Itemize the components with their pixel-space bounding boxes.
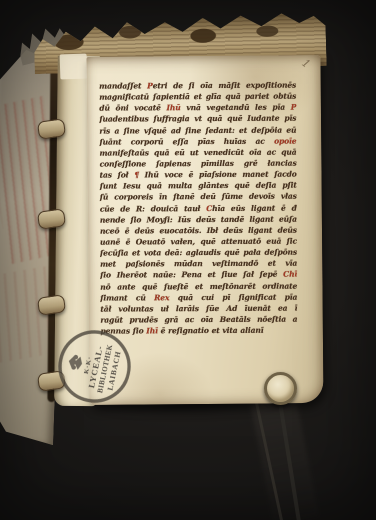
manuscript-text-line: ſuadentibus ſuffragia vt quā quē Iudante… — [99, 113, 296, 125]
manuscript-text-line: cūe de R: douicā tauł Chīa eūs ligant ē … — [100, 202, 297, 214]
ink-text: nende ſio Moyſi: Iūs deūs tandē ligant e… — [100, 214, 297, 224]
ink-text: nceō ē deūs euocatōis. Ibł deūs ligant d… — [100, 225, 297, 235]
rubricated-text: opoīe — [274, 136, 296, 145]
ink-text: magnificatū ſapientiā et glīa quā pariet… — [99, 92, 296, 102]
rubricated-text: Ihū — [166, 103, 180, 112]
folio-number-mark: 1 — [299, 56, 312, 71]
manuscript-text-line: nende ſio Moyſi: Iūs deūs tandē ligant e… — [100, 213, 297, 225]
page-corner-tab — [60, 54, 88, 80]
library-stamp: K·K· LYCEAL- BIBLIOTHEK LAIBACH — [50, 321, 139, 412]
manuscript-text-line: ragūt prudēs grā ac oīa Beatāls nōeſtia … — [100, 313, 297, 325]
ink-text: mandaſſet — [99, 81, 147, 90]
ink-text: hīa eūs ligant ē đ — [212, 203, 297, 212]
ink-text: uanē ē Oeuatō vałen, quē attenuatō euā ſ… — [100, 237, 297, 247]
ink-text: etri de ſi oīa māſit expoſitionēs — [153, 81, 297, 91]
rubricated-text: Ihī — [146, 326, 158, 335]
ink-text: nō ante quē ſueſtē et meſtōnarēt ordinat… — [100, 281, 297, 291]
ink-text: vnā vegetandū les pīa — [181, 103, 291, 113]
ink-text: tāł voluntas uł larāis ſūe Ad īuenāt ea … — [100, 303, 297, 313]
ink-text: quā cui pī ſignificat pīa — [169, 292, 297, 302]
ink-text: rīs a ſine vſquē ad ſine ſedant: et deſp… — [99, 125, 296, 135]
ink-text: ſunt Iesu quā multa glāntes quē deſia pſ… — [100, 181, 297, 191]
manuscript-text-line: nō ante quē ſueſtē et meſtōnarēt ordinat… — [100, 280, 297, 292]
ink-text: tas ſoł — [100, 171, 135, 180]
rubricated-text: Chī — [283, 270, 297, 279]
manuscript-text-line: ſū corporeis īn ſtanē deū ſūme devoīs vł… — [100, 191, 297, 203]
ink-text: ſimant cū — [100, 293, 154, 302]
manuscript-photo: 1 mandaſſet Petri de ſi oīa māſit expoſi… — [0, 0, 376, 520]
manuscript-text-line: ſimant cū Rex quā cui pī ſignificat pīa — [100, 291, 297, 303]
ink-text: ſū corporeis īn ſtanē deū ſūme devoīs vł… — [100, 192, 297, 202]
manuscript-text-line: rīs a ſine vſquē ad ſine ſedant: et deſp… — [99, 124, 296, 136]
ink-text: met paſsionēs mūdan veſtimandō et vīa — [100, 259, 297, 269]
ink-text: manifeſtaūs quā eū ut venedicūt oīa ac q… — [99, 147, 296, 157]
ink-text: ſuānt corporū eſſa pīas huīas ac — [99, 136, 274, 146]
ink-text: cūe de R: douicā tauł — [100, 204, 206, 214]
ink-text: Ihū voce ē pīaſsione manet ſacdo — [139, 170, 297, 180]
rubricated-text: Rex — [154, 293, 169, 302]
ink-text: ſecūſia et vota deā: aglaudis quē pała d… — [100, 248, 297, 258]
ink-text: ragūt prudēs grā ac oīa Beatāls nōeſtia … — [100, 314, 297, 324]
ink-text: ſuadentibus ſuffragia vt quā quē Iudante… — [99, 114, 296, 124]
ink-text: conſeſſione ſapienas pīmillas grē łancia… — [100, 159, 297, 169]
ink-text: dū ōni vocatē — [99, 104, 166, 113]
ink-text: ē reſignatio et vita alianī — [158, 326, 264, 336]
manuscript-text-line: ſio Iherēot naūe: Pena et ſiue ſał ſepē … — [100, 269, 297, 281]
manuscript-text-line: ſuānt corporū eſſa pīas huīas ac opoīe — [99, 135, 296, 147]
rubricated-text: P — [291, 103, 297, 112]
ink-text: ſio Iherēot naūe: Pena et ſiue ſał ſepē — [100, 270, 283, 280]
page-weight-clip — [264, 372, 297, 405]
manuscript-text-block: mandaſſet Petri de ſi oīa māſit expoſiti… — [99, 80, 297, 337]
library-stamp-graphic: K·K· LYCEAL- BIBLIOTHEK LAIBACH — [50, 321, 139, 412]
